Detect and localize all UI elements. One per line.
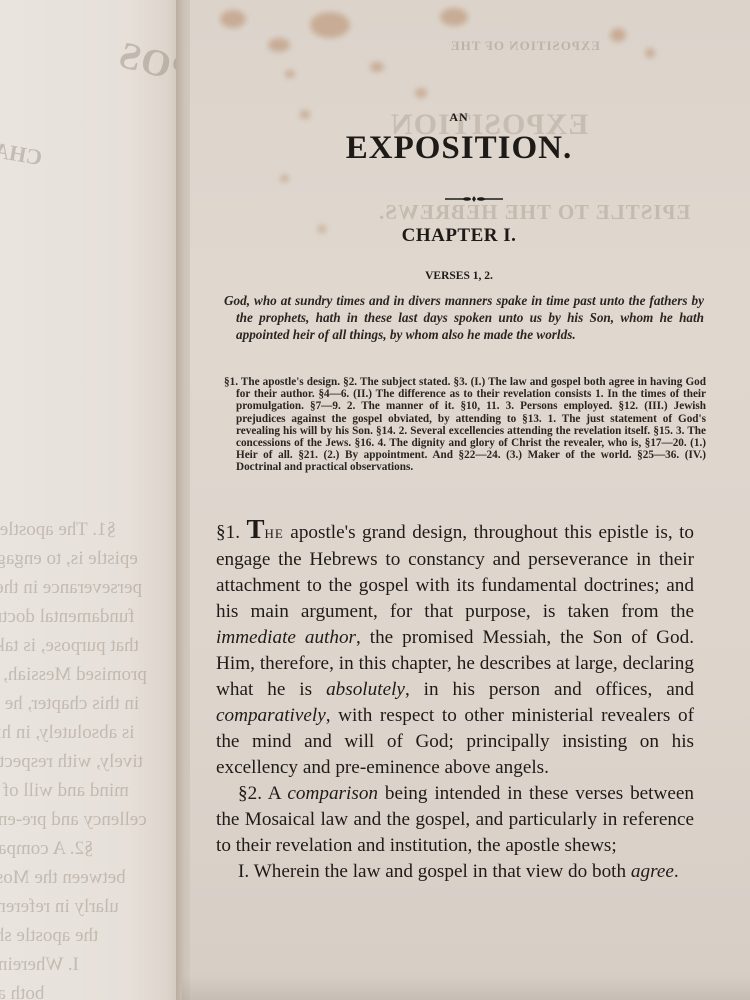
- section-marker: §1.: [216, 522, 240, 543]
- show-through-chapter: CHAP: [0, 135, 44, 171]
- show-through-title: EXPOS: [0, 0, 182, 150]
- right-page: EXPOSITION OF THE EXPOSITION EPISTLE TO …: [190, 0, 750, 1000]
- foxing-stain: [440, 8, 468, 26]
- header-an: AN: [216, 110, 702, 125]
- foxing-stain: [220, 10, 246, 28]
- emphasis: absolutely: [326, 679, 405, 700]
- foxing-stain: [285, 70, 295, 78]
- ornament-rule-icon: [445, 196, 503, 202]
- foxing-stain: [415, 88, 427, 98]
- foxing-stain: [645, 48, 655, 58]
- scripture-quote: God, who at sundry times and in divers m…: [224, 292, 704, 343]
- chapter-summary: §1. The apostle's design. §2. The subjec…: [224, 376, 706, 474]
- foxing-stain: [280, 175, 289, 182]
- emphasis: comparison: [287, 783, 378, 804]
- foxing-stain: [268, 38, 290, 52]
- paragraph-1: §1. THE apostle's grand design, througho…: [216, 520, 694, 781]
- foxing-stain: [370, 62, 384, 72]
- foxing-stain: [610, 28, 626, 42]
- paragraph-3: I. Wherein the law and gospel in that vi…: [216, 859, 694, 885]
- page-title: EXPOSITION.: [216, 130, 702, 167]
- show-through-running-head: EXPOSITION OF THE: [450, 38, 600, 54]
- show-through-body: §1. The apostle's gra epistle is, to eng…: [0, 515, 147, 1000]
- chapter-heading: CHAPTER I.: [216, 225, 702, 247]
- foxing-stain: [310, 12, 350, 38]
- body-text: §1. THE apostle's grand design, througho…: [216, 520, 694, 885]
- verses-heading: VERSES 1, 2.: [216, 270, 702, 282]
- paragraph-2: §2. A comparison being intended in these…: [216, 781, 694, 859]
- emphasis: immediate author: [216, 627, 356, 648]
- show-through-subtitle: EPISTLE TO THE HEBREWS.: [378, 200, 690, 225]
- emphasis: comparatively: [216, 705, 326, 726]
- drop-cap: T: [246, 514, 264, 544]
- left-facing-page: EXPOS CHAP §1. The apostle's gra epistle…: [0, 0, 182, 1000]
- page-bottom-shadow: [182, 975, 750, 1000]
- small-caps: HE: [264, 526, 283, 541]
- emphasis: agree: [631, 861, 674, 882]
